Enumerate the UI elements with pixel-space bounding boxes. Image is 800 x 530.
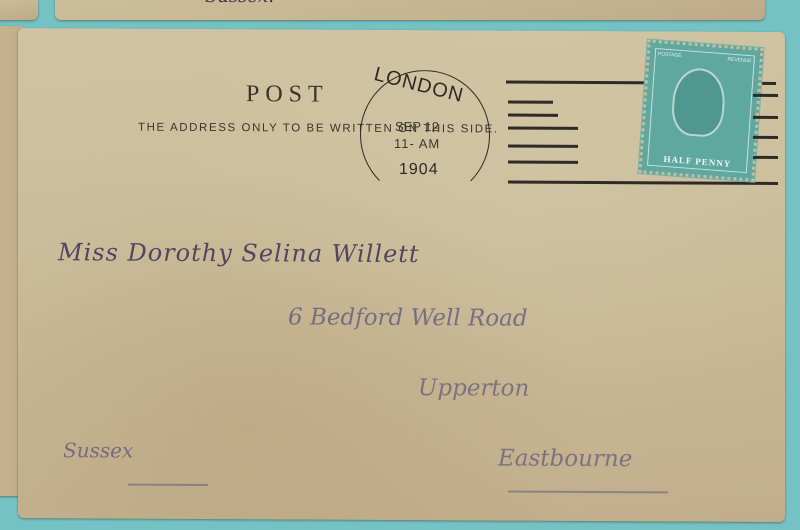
county-underline — [128, 484, 208, 486]
cancellation-line — [753, 136, 778, 139]
town-underline — [508, 491, 668, 493]
postmark-year: 1904 — [399, 161, 439, 179]
address-town: Eastbourne — [498, 446, 632, 473]
cancellation-line — [753, 116, 778, 119]
cancellation-line — [508, 101, 553, 104]
cancellation-line — [508, 145, 578, 148]
halfpenny-stamp: POSTAGE REVENUE HALF PENNY — [638, 39, 763, 181]
cancellation-line — [508, 127, 578, 130]
adjacent-handwritten-text: Sussex. — [205, 0, 274, 7]
cancellation-line — [508, 181, 778, 185]
adjacent-postcard-corner — [0, 0, 38, 20]
addressee-name: Miss Dorothy Selina Willett — [58, 238, 420, 268]
postmark-time: 11- AM — [394, 136, 440, 151]
address-county: Sussex — [63, 438, 133, 462]
cancellation-line — [508, 114, 558, 117]
cancellation-line — [753, 94, 778, 97]
address-district: Upperton — [418, 375, 529, 402]
cancellation-line — [508, 161, 578, 164]
address-street: 6 Bedford Well Road — [288, 304, 528, 331]
postcard-heading: POST — [246, 81, 329, 108]
postmark-date: SEP 12 — [395, 119, 439, 134]
adjacent-postcard-top: Sussex. — [55, 0, 765, 20]
cancellation-line — [753, 156, 778, 159]
postcard: POST THE ADDRESS ONLY TO BE WRITTEN ON T… — [18, 28, 785, 522]
